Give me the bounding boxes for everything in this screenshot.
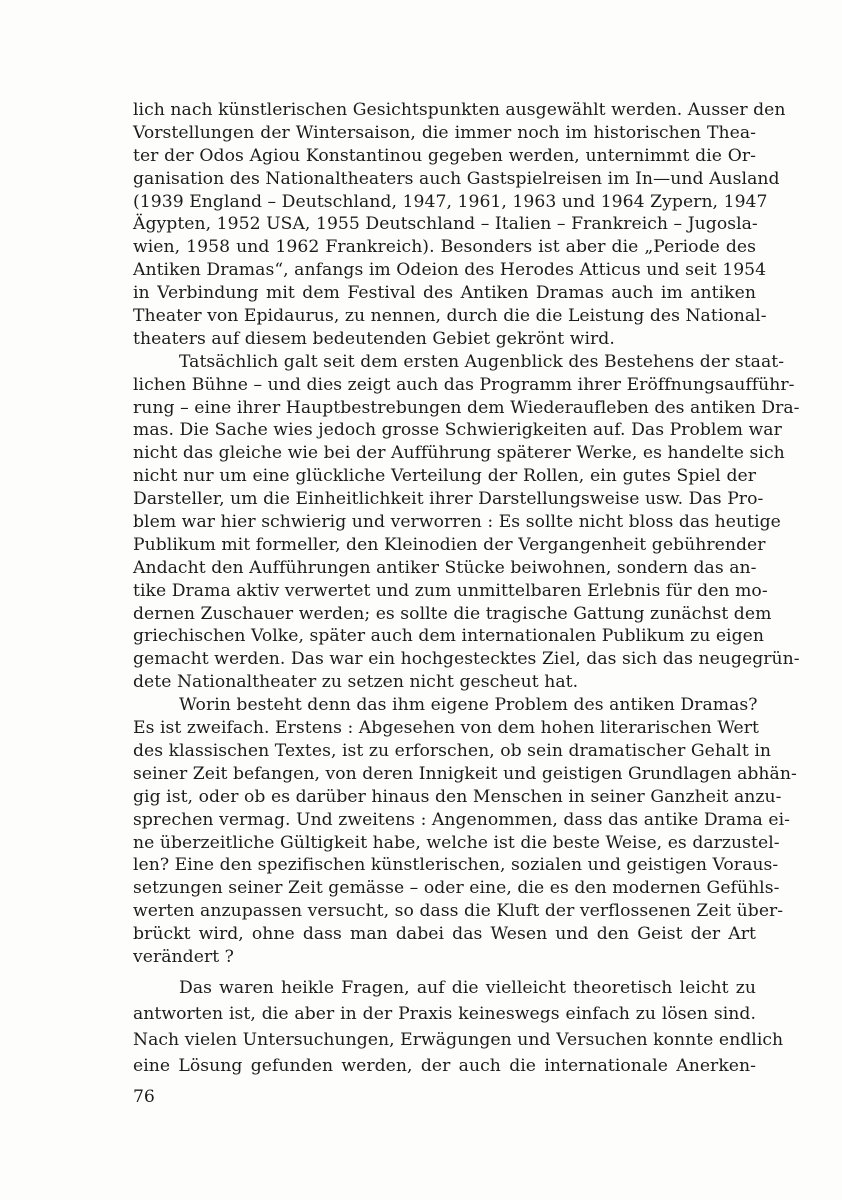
text-line: dete Nationaltheater zu setzen nicht ges… xyxy=(133,671,756,694)
text-line: gig ist, oder ob es darüber hinaus den M… xyxy=(133,786,756,809)
text-line: des klassischen Textes, ist zu erforsche… xyxy=(133,740,756,763)
text-line: blem war hier schwierig und verworren : … xyxy=(133,511,756,534)
text-line: verändert ? xyxy=(133,946,756,969)
text-line: sprechen vermag. Und zweitens : Angenomm… xyxy=(133,809,756,832)
text-line: Es ist zweifach. Erstens : Abgesehen von… xyxy=(133,717,756,740)
text-line: rung – eine ihrer Hauptbestrebungen dem … xyxy=(133,397,756,420)
page-number: 76 xyxy=(133,1086,155,1108)
paragraph-4: Das waren heikle Fragen, auf die viellei… xyxy=(133,975,756,1079)
text-line: nicht nur um eine glückliche Verteilung … xyxy=(133,465,756,488)
text-line: Theater von Epidaurus, zu nennen, durch … xyxy=(133,305,756,328)
text-line: in Verbindung mit dem Festival des Antik… xyxy=(133,282,756,305)
text-line: Antiken Dramas“, anfangs im Odeion des H… xyxy=(133,259,756,282)
paragraph-3: Worin besteht denn das ihm eigene Proble… xyxy=(133,694,756,969)
text-line: griechischen Volke, später auch dem inte… xyxy=(133,625,756,648)
text-line: Ägypten, 1952 USA, 1955 Deutschland – It… xyxy=(133,213,756,236)
text-line: seiner Zeit befangen, von deren Innigkei… xyxy=(133,763,756,786)
book-page: lich nach künstlerischen Gesichtspunkten… xyxy=(0,0,842,1200)
text-line: ne überzeitliche Gültigkeit habe, welche… xyxy=(133,832,756,855)
text-line: eine Lösung gefunden werden, der auch di… xyxy=(133,1053,756,1079)
text-line: Das waren heikle Fragen, auf die viellei… xyxy=(133,975,756,1001)
paragraph-1: lich nach künstlerischen Gesichtspunkten… xyxy=(133,99,756,351)
text-line: ganisation des Nationaltheaters auch Gas… xyxy=(133,168,756,191)
text-line: Nach vielen Untersuchungen, Erwägungen u… xyxy=(133,1027,756,1053)
text-line: nicht das gleiche wie bei der Aufführung… xyxy=(133,442,756,465)
text-line: Publikum mit formeller, den Kleinodien d… xyxy=(133,534,756,557)
text-line: lich nach künstlerischen Gesichtspunkten… xyxy=(133,99,756,122)
text-line: tike Drama aktiv verwertet und zum unmit… xyxy=(133,580,756,603)
text-line: Darsteller, um die Einheitlichkeit ihrer… xyxy=(133,488,756,511)
text-line: setzungen seiner Zeit gemässe – oder ein… xyxy=(133,877,756,900)
text-line: dernen Zuschauer werden; es sollte die t… xyxy=(133,603,756,626)
text-line: theaters auf diesem bedeutenden Gebiet g… xyxy=(133,328,756,351)
paragraph-2: Tatsächlich galt seit dem ersten Augenbl… xyxy=(133,351,756,694)
text-line: wien, 1958 und 1962 Frankreich). Besonde… xyxy=(133,236,756,259)
text-line: Vorstellungen der Wintersaison, die imme… xyxy=(133,122,756,145)
text-line: werten anzupassen versucht, so dass die … xyxy=(133,900,756,923)
body-text: lich nach künstlerischen Gesichtspunkten… xyxy=(133,99,756,1079)
text-line: lichen Bühne – und dies zeigt auch das P… xyxy=(133,374,756,397)
text-line: mas. Die Sache wies jedoch grosse Schwie… xyxy=(133,419,756,442)
text-line: Worin besteht denn das ihm eigene Proble… xyxy=(133,694,756,717)
text-line: (1939 England – Deutschland, 1947, 1961,… xyxy=(133,191,756,214)
text-line: brückt wird, ohne dass man dabei das Wes… xyxy=(133,923,756,946)
text-line: len? Eine den spezifischen künstlerische… xyxy=(133,854,756,877)
text-line: Tatsächlich galt seit dem ersten Augenbl… xyxy=(133,351,756,374)
text-line: Andacht den Aufführungen antiker Stücke … xyxy=(133,557,756,580)
text-line: gemacht werden. Das war ein hochgesteckt… xyxy=(133,648,756,671)
text-line: antworten ist, die aber in der Praxis ke… xyxy=(133,1001,756,1027)
text-line: ter der Odos Agiou Konstantinou gegeben … xyxy=(133,145,756,168)
